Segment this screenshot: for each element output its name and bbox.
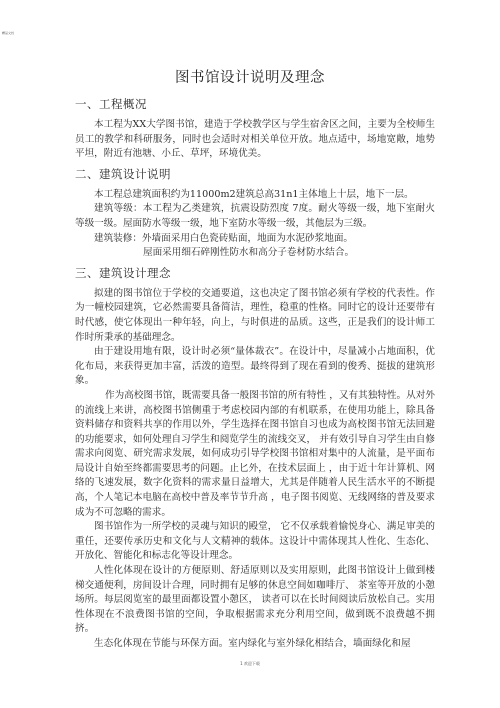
page-footer: 1 欢迎下载 <box>0 661 500 667</box>
paragraph: 由于建设用地有限，设计时必须“量体裁衣”。在设计中，尽量减小占地面积，优化布局，… <box>75 345 435 389</box>
paragraph: 生态化体现在节能与环保方面。室内绿化与室外绿化相结合，墙面绿化和屋 <box>75 637 435 652</box>
document-title: 图书馆设计说明及理念 <box>0 66 500 87</box>
paragraph: 建筑装修：外墙面采用白色瓷砖贴面，地面为水泥砂浆地面。 <box>75 232 435 247</box>
paragraph: 屋面采用细石碎刚性防水和高分子卷材防水结合。 <box>75 246 435 261</box>
document-body: 一、工程概况 本工程为XX大学图书馆，建造于学校教学区与学生宿舍区之间，主要为全… <box>75 96 435 652</box>
header-tag: 精品文档 <box>2 31 14 35</box>
section-heading-architecture: 二、建筑设计说明 <box>75 162 435 188</box>
paragraph: 拟建的图书馆位于学校的交通要道，这也决定了图书馆必须有学校的代表性。作为一幢校园… <box>75 287 435 345</box>
section-heading-concept: 三、建筑设计理念 <box>75 261 435 287</box>
paragraph: 建筑等级：本工程为乙类建筑，抗震设防烈度 7度。耐火等级一级，地下室耐火等级一级… <box>75 202 435 231</box>
paragraph: 本工程为XX大学图书馆，建造于学校教学区与学生宿舍区之间，主要为全校师生员工的教… <box>75 118 435 162</box>
section-heading-overview: 一、工程概况 <box>75 96 435 118</box>
paragraph: 本工程总建筑面积约为11000m2建筑总高31n1主体地上十层，地下一层。 <box>75 188 435 203</box>
paragraph: 图书馆作为一所学校的灵魂与知识的殿堂， 它不仅承载着愉悦身心、满足审美的重任，还… <box>75 520 435 564</box>
paragraph: 人性化体现在设计的方便原则、舒适原则以及实用原则，此图书馆设计上做到楼梯交通便利… <box>75 564 435 637</box>
paragraph: 作为高校图书馆，既需要具备一般图书馆的所有特性 ，又有其独特性。从对外的流线上来… <box>75 389 435 520</box>
